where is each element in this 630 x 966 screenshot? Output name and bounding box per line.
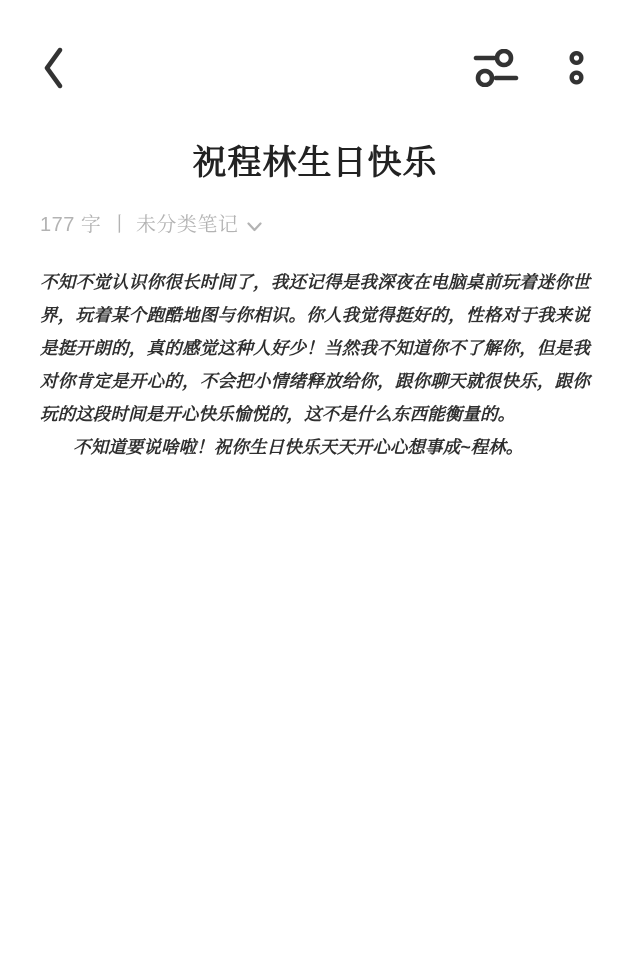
back-button[interactable]: [42, 46, 66, 90]
chevron-down-icon: [247, 222, 262, 232]
note-meta-row: 177 字 丨 未分类笔记: [40, 212, 590, 238]
adjust-button[interactable]: [473, 49, 519, 87]
sliders-icon: [473, 49, 519, 87]
note-paragraph: 不知道要说啥啦！祝你生日快乐天天开心心想事成~程林。: [40, 431, 590, 464]
category-label: 未分类笔记: [136, 212, 239, 238]
meta-separator: 丨: [109, 212, 130, 238]
note-body[interactable]: 不知不觉认识你很长时间了，我还记得是我深夜在电脑桌前玩着迷你世界，玩着某个跑酷地…: [40, 266, 590, 464]
chevron-left-icon: [42, 46, 66, 90]
vertical-two-dots-icon: [569, 51, 584, 85]
more-button[interactable]: [569, 51, 584, 85]
note-title: 祝程林生日快乐: [0, 140, 630, 186]
category-selector[interactable]: 未分类笔记: [136, 212, 263, 238]
note-paragraph: 不知不觉认识你很长时间了，我还记得是我深夜在电脑桌前玩着迷你世界，玩着某个跑酷地…: [40, 266, 590, 431]
word-count: 177 字: [40, 212, 101, 238]
top-bar: [0, 46, 630, 90]
top-bar-actions: [473, 49, 584, 87]
note-viewer-screen: 祝程林生日快乐 177 字 丨 未分类笔记 不知不觉认识你很长时间了，我还记得是…: [0, 0, 630, 966]
